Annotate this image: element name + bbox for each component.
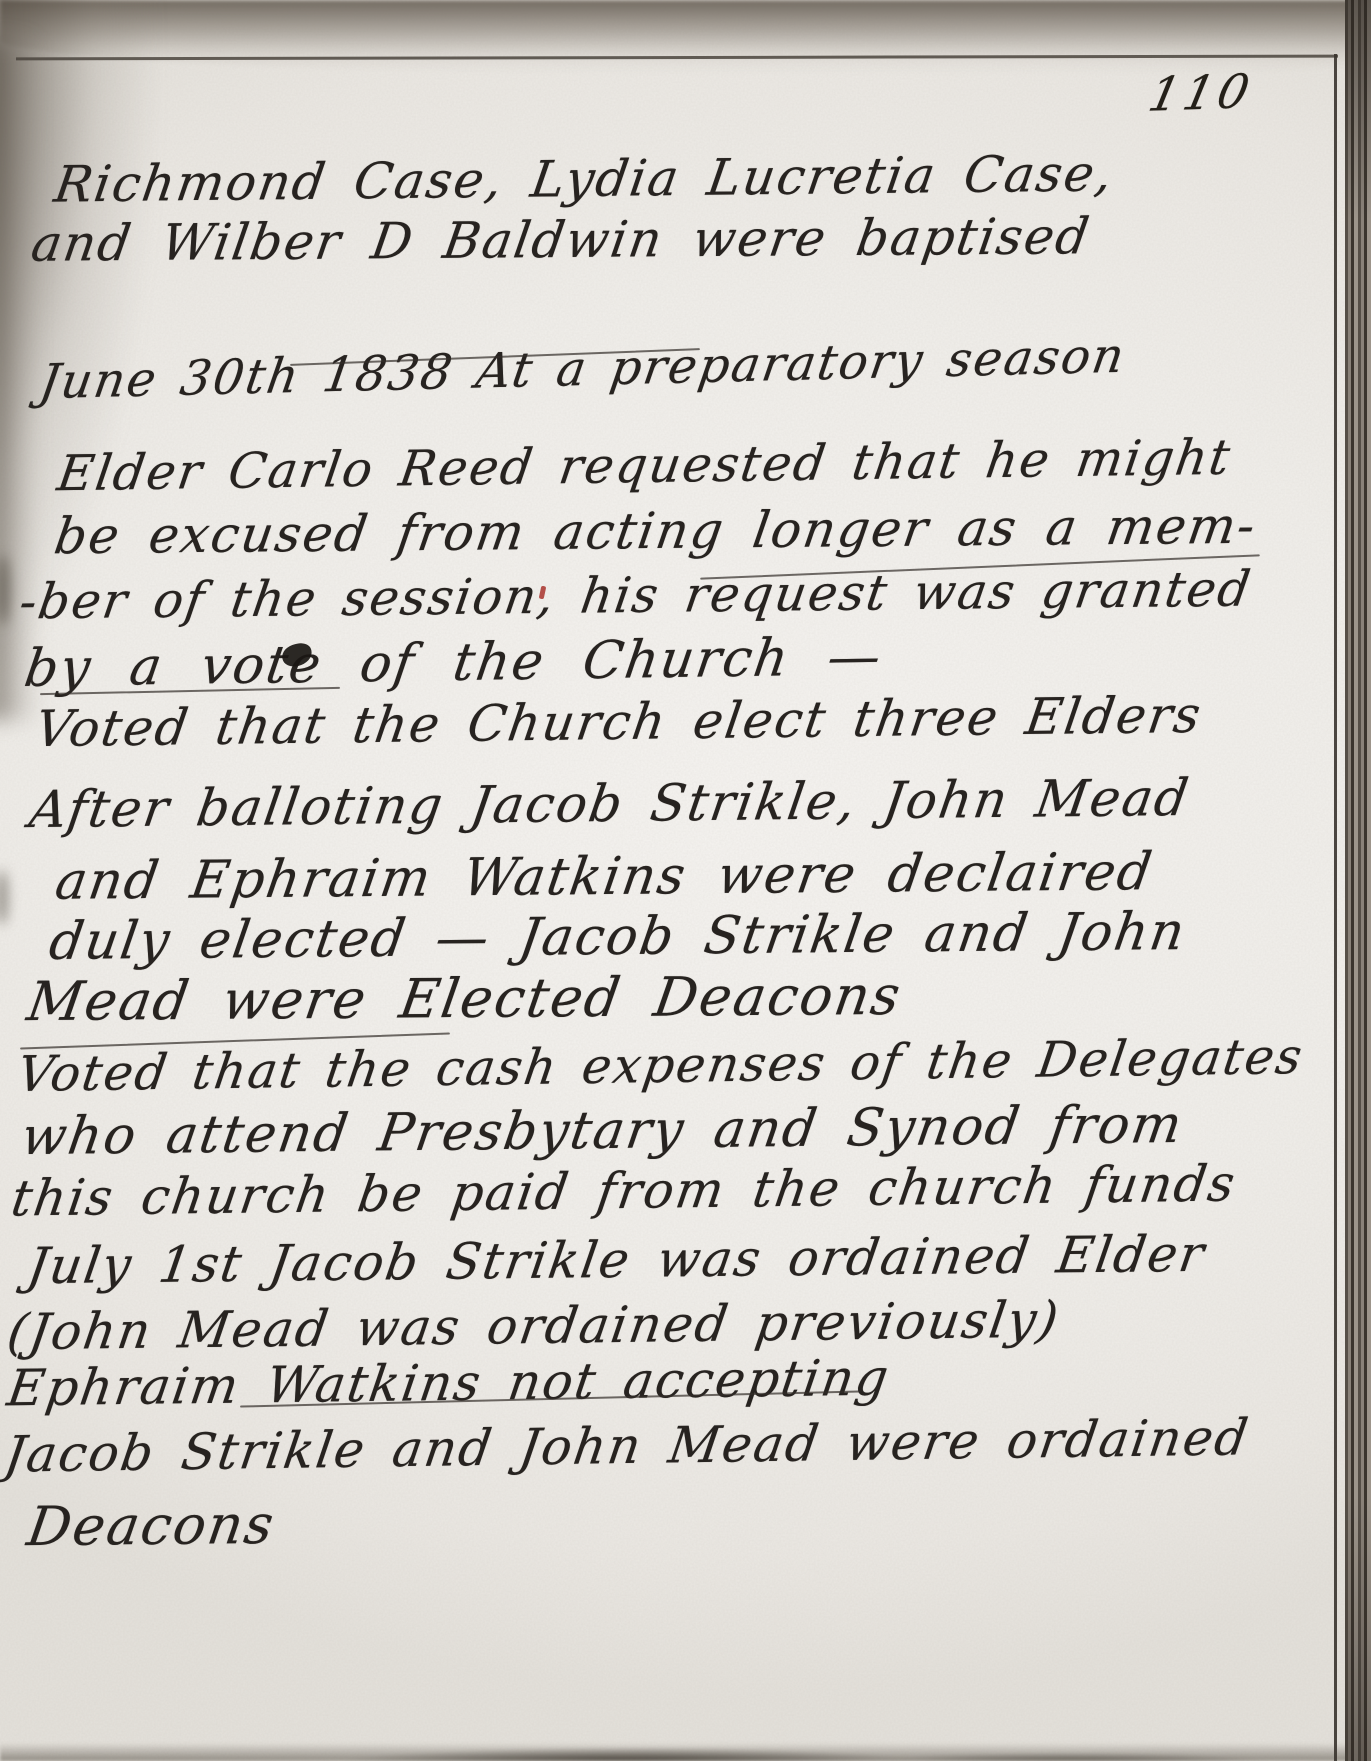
- book-edge-shade: [1345, 0, 1371, 1761]
- handwritten-line: Richmond Case, Lydia Lucretia Case,: [51, 144, 1118, 213]
- page-number: 110: [1144, 64, 1258, 123]
- bottom-smudge: [0, 1743, 1371, 1761]
- handwritten-line: by a vote of the Church —: [21, 627, 887, 699]
- handwritten-line: July 1st Jacob Strikle was ordained Elde…: [24, 1225, 1210, 1295]
- handwritten-line: be excused from acting longer as a mem-: [51, 497, 1261, 566]
- handwritten-line: -ber of the session, his request was gra…: [16, 561, 1256, 631]
- handwritten-line: Voted that the cash expenses of the Dele…: [14, 1028, 1307, 1103]
- handwritten-line: Ephraim Watkins not accepting: [4, 1349, 894, 1418]
- handwritten-line: After balloting Jacob Strikle, John Mead: [26, 769, 1194, 840]
- handwritten-line: and Wilber D Baldwin were baptised: [28, 207, 1095, 272]
- handwritten-line: and Ephraim Watkins were declaired: [52, 842, 1158, 912]
- handwritten-line: this church be paid from the church fund…: [8, 1154, 1240, 1227]
- page-rule-right: [1334, 54, 1337, 1761]
- handwritten-line: Deacons: [23, 1493, 279, 1558]
- handwritten-line: Mead were Elected Deacons: [23, 964, 906, 1033]
- manuscript-page: 110 Richmond Case, Lydia Lucretia Case, …: [0, 0, 1371, 1761]
- handwritten-line: Jacob Strikle and John Mead were ordaine…: [1, 1408, 1253, 1483]
- handwritten-line: duly elected — Jacob Strikle and John: [46, 902, 1191, 972]
- handwritten-line: (John Mead was ordained previously): [4, 1291, 1064, 1362]
- edge-smudge: [0, 870, 8, 925]
